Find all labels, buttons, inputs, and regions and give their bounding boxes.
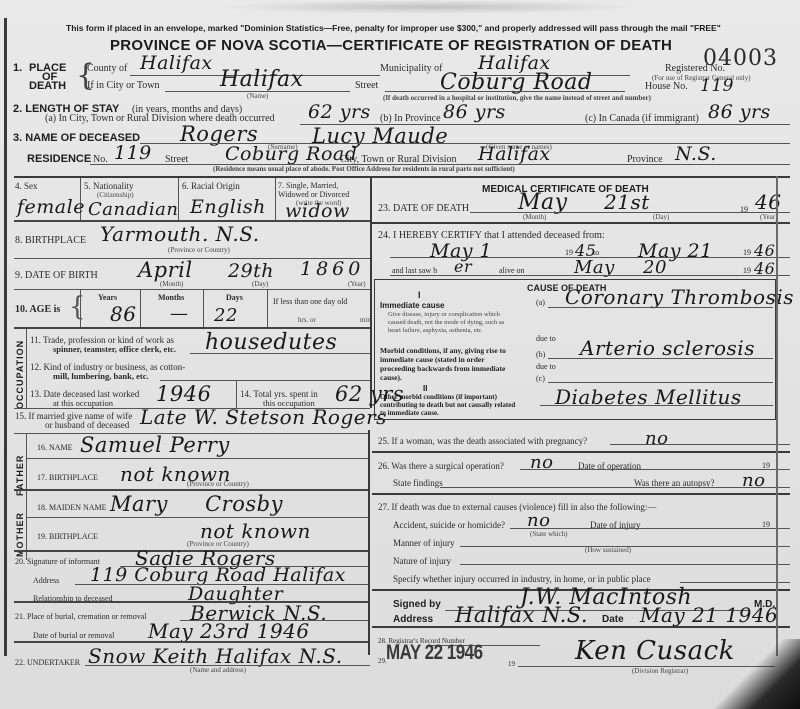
cause-b-value: Arterio sclerosis: [580, 336, 755, 360]
last-worked-value: 1946: [156, 382, 211, 406]
city-label: If in City or Town: [87, 80, 159, 91]
registration-year-prefix: 19: [508, 660, 515, 668]
due-to-1: due to: [536, 334, 556, 343]
informant-address-label: Address: [33, 576, 59, 585]
sex-label: 4. Sex: [15, 181, 38, 191]
mother-maiden-label: 18. MAIDEN NAME: [37, 503, 107, 512]
birthplace-note: (Province or Country): [168, 246, 230, 254]
cause-a-value: Coronary Thrombosis: [565, 285, 794, 309]
city-value: Halifax: [220, 67, 304, 92]
residence-note: (Residence means usual place of abode. P…: [213, 165, 515, 173]
municipality-label: Municipality of: [380, 63, 443, 74]
death-year-note: (Year): [760, 213, 778, 221]
hrs-label: hrs. or: [298, 316, 316, 324]
rule: [26, 458, 370, 459]
stay-a-value: 62 yrs: [308, 101, 371, 123]
rule: [203, 290, 204, 327]
dob-month-note: (Month): [160, 280, 183, 288]
less-than-day-label: If less than one day old: [273, 297, 347, 306]
attend-to-prefix: 19: [743, 248, 751, 257]
marital-label: 7. Single, Married, Widowed or Divorced: [278, 181, 370, 199]
mother-side-label: MOTHER: [15, 495, 25, 557]
street-label: Street: [355, 80, 378, 91]
birthplace-label: 8. BIRTHPLACE: [15, 235, 86, 246]
death-month-note: (Month): [523, 213, 546, 221]
left-border: [4, 18, 7, 326]
birthplace-value: Yarmouth. N.S.: [100, 222, 260, 246]
findings-label: State findings: [393, 478, 443, 488]
signed-date-label: Date: [602, 614, 624, 625]
rule: [548, 358, 773, 359]
name-note: (Name): [247, 92, 268, 100]
rule: [385, 91, 625, 92]
dob-year-note: (Year): [348, 280, 366, 288]
rule: [26, 433, 27, 560]
scan-corner-shadow: [710, 639, 800, 709]
manner-label: Manner of injury: [393, 538, 454, 548]
father-name-value: Samuel Perry: [80, 433, 230, 457]
date-of-death-label: 23. DATE OF DEATH: [378, 203, 469, 214]
trade-label-2: spinner, teamster, office clerk, etc.: [53, 344, 176, 354]
rule: [26, 517, 370, 518]
months-value: —: [170, 303, 189, 324]
death-day-value: 21st: [604, 190, 650, 214]
nationality-note: (Citizenship): [97, 191, 134, 199]
q27-label: 27. If death was due to external causes …: [378, 502, 656, 512]
column-divider: [370, 178, 372, 408]
months-label: Months: [158, 293, 184, 302]
rule: [236, 381, 237, 408]
registration-date-stamp: MAY 22 1946: [386, 640, 483, 665]
signed-by-label: Signed by: [393, 599, 441, 610]
rule: [680, 582, 790, 583]
rule: [440, 487, 790, 488]
right-border: [776, 176, 778, 656]
section-divider: [372, 451, 790, 453]
q26-label: 26. Was there a surgical operation?: [378, 461, 504, 471]
hospital-note: (If death occurred in a hospital or inst…: [383, 94, 651, 102]
dob-month-value: April: [138, 258, 193, 282]
rule: [14, 327, 370, 329]
rule: [14, 489, 370, 491]
stay-c-value: 86 yrs: [708, 101, 771, 123]
alive-on-label: alive on: [499, 266, 525, 275]
mother-birthplace-label: 19. BIRTHPLACE: [37, 532, 98, 541]
dob-day-note: (Day): [252, 280, 268, 288]
last-saw-prefix: 19: [743, 266, 751, 275]
section-divider: [14, 176, 790, 178]
accident-label: Accident, suicide or homicide?: [393, 520, 505, 530]
county-value: Halifax: [140, 52, 213, 74]
father-birthplace-note: (Province or Country): [187, 480, 249, 488]
rule: [160, 380, 370, 381]
roman-two: II: [423, 384, 427, 393]
due-to-2: due to: [536, 362, 556, 371]
roman-one: I: [418, 290, 421, 300]
residence-street-value: Coburg Road: [225, 143, 357, 165]
rule: [26, 329, 27, 409]
section-divider: [372, 222, 790, 224]
burial-date-value: May 23rd 1946: [148, 619, 310, 643]
age-brace: {: [69, 292, 86, 322]
father-side-label: FATHER: [15, 440, 25, 496]
min-label: min.: [360, 316, 373, 324]
rule: [140, 290, 141, 327]
racial-origin-value: English: [190, 196, 266, 218]
rule: [548, 382, 773, 383]
immediate-cause-label: Immediate cause: [380, 301, 444, 310]
rule: [275, 178, 276, 220]
father-name-label: 16. NAME: [37, 443, 73, 452]
section-divider: [372, 493, 790, 495]
days-value: 22: [214, 305, 238, 326]
last-worked-label-2: at this occupation: [53, 398, 113, 408]
death-day-note: (Day): [653, 213, 669, 221]
house-value: 119: [700, 76, 734, 96]
morbid-conditions-label: Morbid conditions, if any, giving rise t…: [380, 346, 518, 382]
spouse-value: Late W. Stetson Rogers: [140, 405, 387, 429]
immediate-cause-note: Give disease, injury or complication whi…: [388, 311, 518, 335]
rule: [390, 275, 790, 276]
state-which-note: (State which): [530, 530, 568, 538]
rule: [548, 307, 773, 308]
cause-a-label: (a): [536, 298, 545, 307]
place-label-num: 1.: [13, 62, 22, 74]
attend-from-prefix: 19: [565, 248, 573, 257]
stay-b-label: (b) In Province: [380, 113, 441, 124]
county-label: County of: [87, 63, 127, 74]
dob-label: 9. DATE OF BIRTH: [15, 270, 98, 281]
place-label-3: DEATH: [29, 80, 66, 92]
cause-c-label: (c): [536, 374, 545, 383]
rule: [460, 564, 790, 565]
house-label: House No.: [645, 81, 688, 92]
days-label: Days: [226, 293, 243, 302]
rule: [518, 666, 548, 667]
last-saw-pronoun: er: [454, 257, 472, 276]
informant-signature-label: 20. Signature of informant: [15, 557, 100, 566]
death-certificate: This form if placed in an envelope, mark…: [0, 0, 800, 709]
signer-address-value: Halifax N.S.: [455, 603, 588, 627]
undertaker-note: (Name and address): [190, 666, 246, 674]
spouse-label-2: or husband of deceased: [45, 420, 129, 430]
age-label: 10. AGE is: [15, 304, 60, 315]
dob-day-value: 29th: [228, 260, 274, 282]
rule: [540, 405, 773, 406]
rule: [190, 353, 370, 354]
rule: [610, 444, 790, 445]
burial-place-label: 21. Place of burial, cremation or remova…: [15, 612, 147, 621]
signed-date-value: May 21 1946: [640, 603, 778, 627]
q25-value: no: [645, 428, 668, 449]
father-birthplace-label: 17. BIRTHPLACE: [37, 473, 98, 482]
rule: [165, 91, 350, 92]
rule: [267, 290, 268, 327]
industry-label-2: mill, lumbering, bank, etc.: [53, 371, 149, 381]
how-sustained-note: (How sustained): [585, 546, 631, 554]
rule: [14, 289, 370, 290]
rule: [510, 528, 790, 529]
to-label: to: [593, 248, 599, 257]
stay-c-label: (c) In Canada (if immigrant): [585, 113, 699, 124]
nationality-value: Canadian: [88, 199, 178, 220]
rule: [85, 665, 370, 666]
marital-value: widow: [285, 200, 350, 222]
specify-label: Specify whether injury occurred in indus…: [393, 574, 651, 584]
rule: [80, 290, 81, 327]
q25-label: 25. If a woman, was the death associated…: [378, 436, 587, 446]
scan-shadow: [220, 0, 640, 14]
section-divider: [372, 626, 790, 628]
years-value: 86: [110, 302, 136, 326]
division-registrar-note: (Division Registrar): [632, 667, 688, 675]
years-label: Years: [98, 293, 117, 302]
burial-date-label: Date of burial or removal: [33, 631, 114, 640]
mother-maiden-value: Mary Crosby: [110, 492, 283, 516]
registered-no-label: Registered No.: [665, 63, 725, 74]
trade-value: housedutes: [205, 330, 337, 355]
residence-no-value: 119: [114, 142, 152, 164]
nationality-label: 5. Nationality: [84, 181, 134, 191]
stay-b-value: 86 yrs: [443, 101, 506, 123]
last-saw-label: and last saw h: [392, 266, 437, 275]
residence-city-value: Halifax: [478, 143, 551, 165]
column-divider-lower: [368, 430, 370, 655]
cause-b-label: (b): [536, 350, 545, 359]
other-conditions-label: Other morbid conditions (if important) c…: [380, 393, 518, 417]
racial-origin-label: 6. Racial Origin: [182, 181, 240, 191]
dob-year-value: 1860: [300, 258, 364, 280]
mail-notice: This form if placed in an envelope, mark…: [66, 23, 721, 33]
nature-label: Nature of injury: [393, 556, 451, 566]
rule: [470, 212, 790, 213]
rule: [14, 641, 370, 643]
undertaker-label: 22. UNDERTAKER: [15, 658, 80, 667]
sex-value: female: [17, 196, 85, 218]
residence-province-value: N.S.: [675, 143, 717, 165]
occupation-side-label: OCCUPATION: [15, 333, 25, 409]
signer-address-label: Address: [393, 614, 433, 625]
residence-label: RESIDENCE: [27, 153, 91, 165]
left-border-lower: [4, 326, 7, 656]
